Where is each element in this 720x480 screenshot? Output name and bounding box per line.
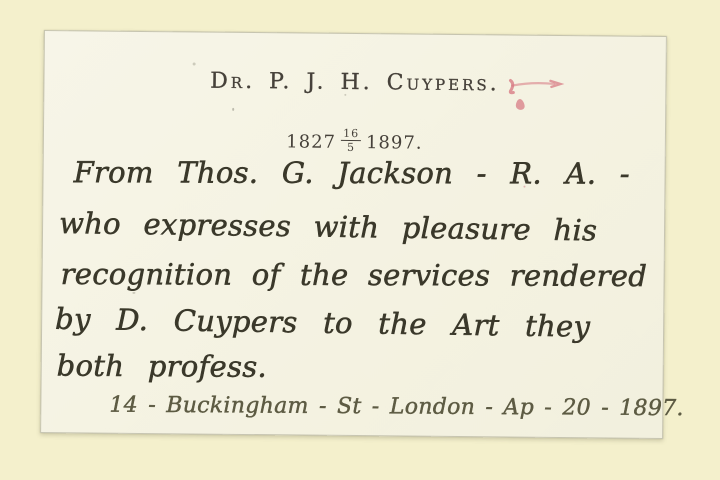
printed-dates: 18271651897.: [44, 127, 665, 158]
paper-speck: [132, 292, 135, 294]
handwritten-line-3: recognition of the services rendered: [61, 257, 648, 293]
paper-speck: [523, 186, 525, 188]
handwritten-line-2: who expresses with pleasure his: [59, 206, 598, 248]
birth-year: 1827: [286, 131, 336, 152]
date-fraction-day: 16: [341, 128, 361, 141]
paper-speck: [583, 236, 585, 238]
handwritten-line-5: both profess.: [57, 349, 267, 384]
album-page: Dr. P. J. H. Cuypers. 18271651897. From …: [0, 0, 720, 480]
date-fraction: 165: [341, 128, 361, 153]
autograph-card: Dr. P. J. H. Cuypers. 18271651897. From …: [40, 30, 667, 439]
handwritten-line-4: by D. Cuypers to the Art they: [55, 302, 591, 344]
paper-speck: [232, 108, 234, 111]
date-fraction-month: 5: [341, 141, 361, 153]
handwritten-line-1: From Thos. G. Jackson - R. A. -: [74, 155, 630, 190]
paper-speck: [344, 94, 346, 96]
red-pencil-mark-icon: [502, 63, 573, 120]
death-year: 1897.: [366, 132, 423, 154]
handwritten-address-line: 14 - Buckingham - St - London - Ap - 20 …: [109, 393, 684, 422]
paper-speck: [193, 62, 196, 65]
